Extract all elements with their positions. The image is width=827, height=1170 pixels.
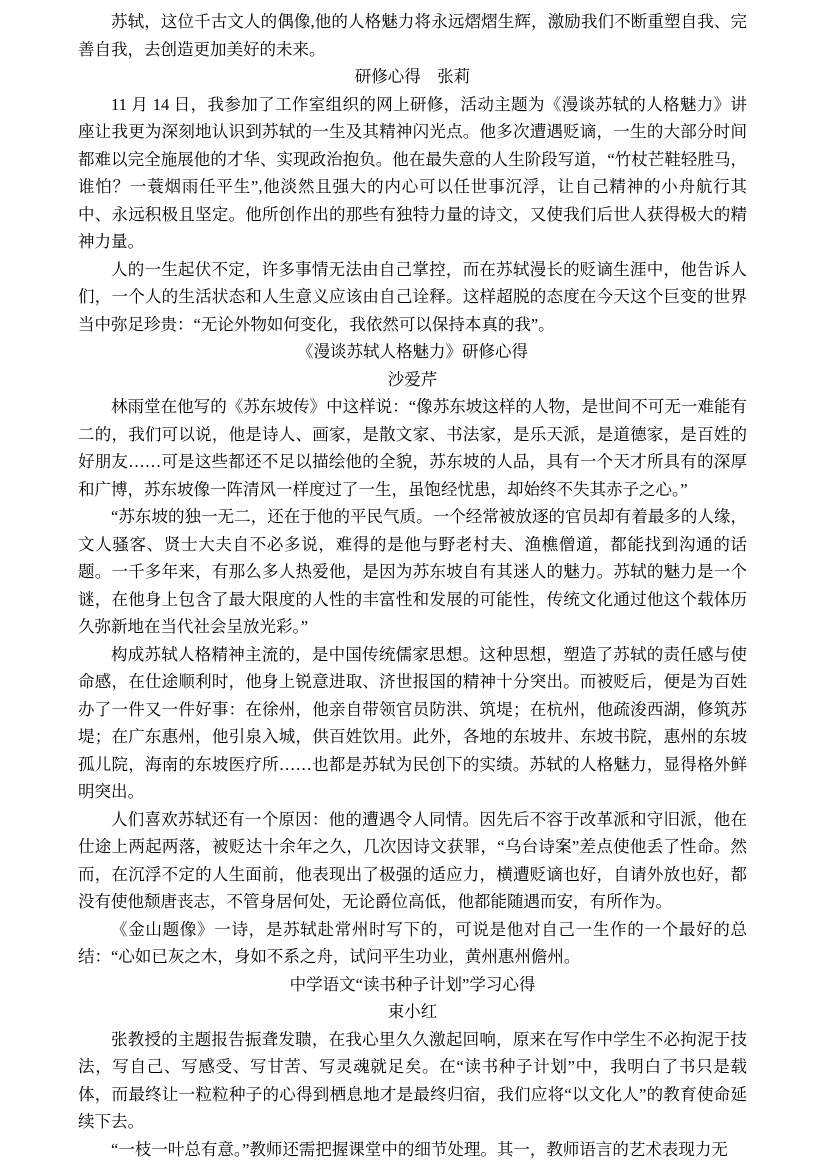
paragraph-zhangli-2: 人的一生起伏不定，许多事情无法由自己掌控，而在苏轼漫长的贬谪生涯中，他告诉人们，… [78,256,747,339]
paragraph-shaaiqin-1: 林雨堂在他写的《苏东坡传》中这样说：“像苏东坡这样的人物，是世间不可无一难能有二… [78,393,747,503]
section-title-dushu-zhongzi-jihua: 中学语文“读书种子计划”学习心得 [78,971,747,999]
document-page: 苏轼，这位千古文人的偶像,他的人格魅力将永远熠熠生辉，激励我们不断重塑自我、完善… [0,0,827,1170]
paragraph-zhangli-1: 11 月 14 日，我参加了工作室组织的网上研修，活动主题为《漫谈苏轼的人格魅力… [78,91,747,256]
paragraph-shaaiqin-4: 人们喜欢苏轼还有一个原因：他的遭遇令人同情。因先后不容于改革派和守旧派，他在仕途… [78,806,747,916]
paragraph-shuxiaohong-1: 张教授的主题报告振聋发聩，在我心里久久激起回响，原来在写作中学生不必拘泥于技法，… [78,1026,747,1136]
section-title-mantan-sushi: 《漫谈苏轼人格魅力》研修心得 [78,338,747,366]
paragraph-shaaiqin-3: 构成苏轼人格精神主流的，是中国传统儒家思想。这种思想，塑造了苏轼的责任感与使命感… [78,641,747,806]
author-name-shuxiaohong: 束小红 [78,998,747,1026]
paragraph-shuxiaohong-2: “一枝一叶总有意。”教师还需把握课堂中的细节处理。其一，教师语言的艺术表现力无 [78,1136,747,1164]
section-title-yanxiu-xinde-zhangli: 研修心得 张莉 [78,63,747,91]
paragraph-sushi-conclusion: 苏轼，这位千古文人的偶像,他的人格魅力将永远熠熠生辉，激励我们不断重塑自我、完善… [78,8,747,63]
author-name-shaaiqin: 沙爱芹 [78,366,747,394]
paragraph-shaaiqin-2: “苏东坡的独一无二，还在于他的平民气质。一个经常被放逐的官员却有着最多的人缘，文… [78,503,747,641]
paragraph-shaaiqin-5: 《金山题像》一诗，是苏轼赴常州时写下的，可说是他对自己一生作的一个最好的总结：“… [78,916,747,971]
